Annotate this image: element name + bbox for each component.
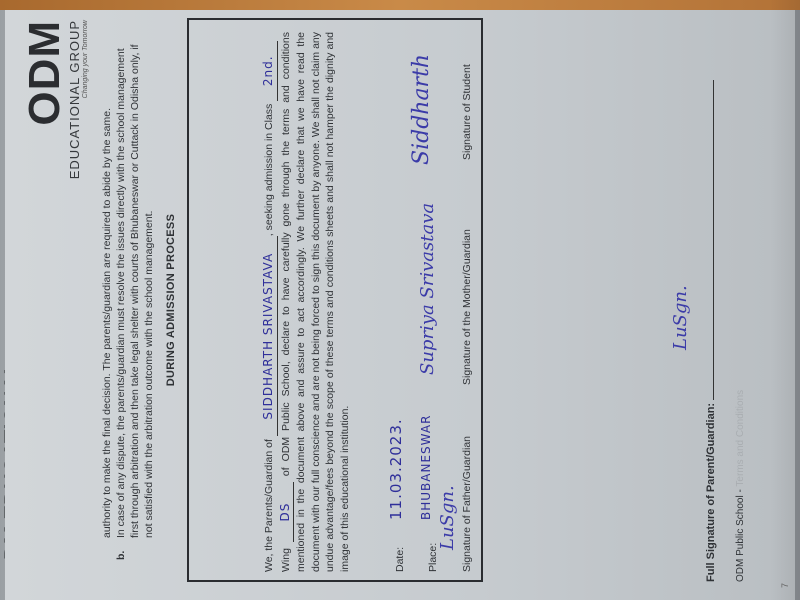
declaration-box: We, the Parents/Guardian of SIDDHARTH SR…: [187, 18, 483, 582]
father-signature-label: Signature of Father/Guardian: [461, 436, 473, 572]
clause-section: authority to make the final decision. Th…: [100, 40, 156, 560]
page-shadow: [770, 0, 800, 600]
wing-value: DS: [278, 503, 292, 522]
declaration-part3: Wing: [280, 548, 292, 572]
declaration-part2: seeking admission in Class: [263, 104, 275, 231]
odm-logo: ODM EDUCATIONAL GROUP Changing your Tomo…: [23, 20, 89, 179]
class-value: 2nd.: [261, 55, 275, 86]
mother-signature: Supriya Srivastava: [417, 203, 438, 375]
student-signature-label: Signature of Student: [461, 64, 473, 160]
student-signature: Siddharth: [409, 54, 434, 165]
class-field: 2nd.: [261, 41, 278, 101]
declaration-part1: We, the Parents/Guardian of: [263, 439, 275, 572]
footer-school: ODM Public School -: [735, 489, 746, 582]
declaration-text: We, the Parents/Guardian of SIDDHARTH SR…: [261, 32, 352, 572]
table-edge: [0, 0, 800, 10]
clause-b-text: In case of any dispute, the parents/guar…: [114, 40, 156, 538]
father-signature: LuSgn.: [437, 485, 458, 550]
full-signature-line: [713, 80, 714, 400]
logo-tagline: Changing your Tomorrow: [82, 20, 89, 179]
date-value: 11.03.2023.: [387, 418, 405, 520]
terms-page: ODM EDUCATIONAL GROUP Changing your Tomo…: [5, 0, 795, 600]
photo-stage: DM EDUCATIONAL on of Classafter thee Cla…: [0, 0, 800, 600]
wing-field: DS: [278, 482, 295, 542]
full-signature-label: Full Signature of Parent/Guardian:: [705, 403, 717, 582]
full-signature: LuSgn.: [670, 285, 691, 350]
page-footer: ODM Public School - Terms and Conditions: [735, 390, 746, 582]
student-name-value: SIDDHARTH SRIVASTAVA: [261, 253, 275, 420]
clause-continuation: authority to make the final decision. Th…: [100, 108, 114, 538]
footer-doc: Terms and Conditions: [735, 390, 746, 487]
mother-signature-label: Signature of the Mother/Guardian: [461, 229, 473, 385]
date-label: Date:: [394, 547, 406, 572]
section-heading: DURING ADMISSION PROCESS: [165, 0, 177, 600]
logo-group: EDUCATIONAL GROUP: [67, 20, 82, 179]
place-value: BHUBANESWAR: [419, 415, 433, 520]
clause-b-marker: b.: [114, 538, 156, 560]
full-signature-row: Full Signature of Parent/Guardian:: [705, 80, 717, 582]
student-name-field: SIDDHARTH SRIVASTAVA: [261, 236, 278, 436]
logo-brand: ODM: [23, 20, 67, 179]
